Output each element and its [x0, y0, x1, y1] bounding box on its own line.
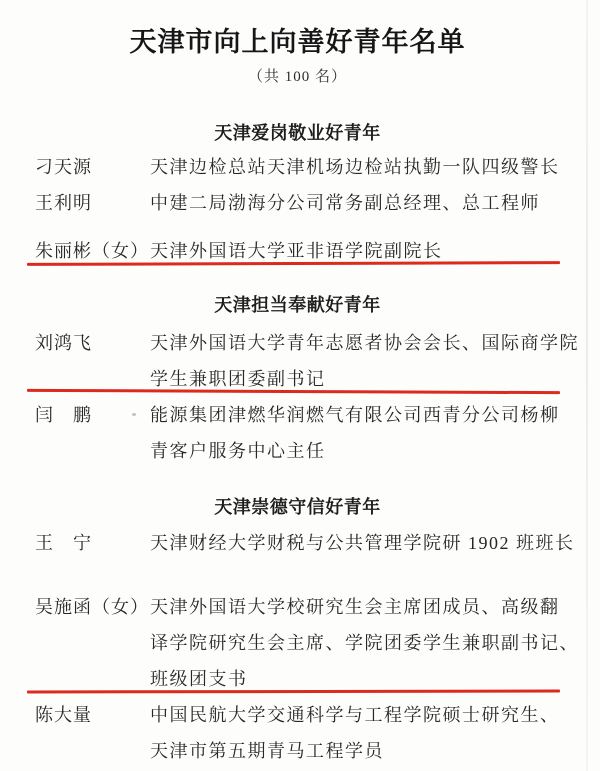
- entry-desc: 能源集团津燃华润燃气有限公司西青分公司杨柳 青客户服务中心主任: [150, 397, 560, 469]
- entry-name: 刘鸿飞: [35, 325, 150, 361]
- section-aigangjingye: 天津爱岗敬业好青年 刁天源 天津边检总站天津机场边检站执勤一队四级警长 王利明 …: [35, 123, 560, 269]
- entry-desc: 天津外国语大学青年志愿者协会会长、国际商学院 学生兼职团委副书记: [150, 325, 579, 397]
- section-chongdeshouxin: 天津崇德守信好青年 王 宁 天津财经大学财税与公共管理学院研 1902 班班长 …: [35, 497, 560, 769]
- entry-name: 王 宁: [35, 525, 150, 561]
- entry-desc: 天津外国语大学校研究生会主席团成员、高级翻 译学院研究生会主席、学院团委学生兼职…: [150, 589, 579, 697]
- section-entries: 刁天源 天津边检总站天津机场边检站执勤一队四级警长 王利明 中建二局渤海分公司常…: [35, 149, 560, 269]
- entry-desc-line: 中建二局渤海分公司常务副总经理、总工程师: [150, 185, 560, 221]
- entry-row: 刁天源 天津边检总站天津机场边检站执勤一队四级警长: [35, 149, 560, 185]
- entry-name: 吴施函（女）: [35, 589, 150, 625]
- entry-desc-line: 译学院研究生会主席、学院团委学生兼职副书记、: [150, 625, 579, 661]
- section-entries: 刘鸿飞 天津外国语大学青年志愿者协会会长、国际商学院 学生兼职团委副书记 闫 鹏…: [35, 325, 560, 469]
- document-page: 天津市向上向善好青年名单 （共 100 名） 天津爱岗敬业好青年 刁天源 天津边…: [0, 0, 600, 771]
- entry-row: 王 宁 天津财经大学财税与公共管理学院研 1902 班班长: [35, 525, 560, 561]
- entry-desc-line: 天津边检总站天津机场边检站执勤一队四级警长: [150, 149, 560, 185]
- section-dandangfengxian: 天津担当奉献好青年 刘鸿飞 天津外国语大学青年志愿者协会会长、国际商学院 学生兼…: [35, 295, 560, 469]
- section-entries: 王 宁 天津财经大学财税与公共管理学院研 1902 班班长 吴施函（女） 天津外…: [35, 525, 560, 769]
- entry-desc-line: 天津外国语大学校研究生会主席团成员、高级翻: [150, 589, 579, 625]
- entry-row: 闫 鹏 能源集团津燃华润燃气有限公司西青分公司杨柳 青客户服务中心主任: [35, 397, 560, 469]
- entry-row: 朱丽彬（女） 天津外国语大学亚非语学院副院长: [35, 233, 560, 269]
- entry-row: 刘鸿飞 天津外国语大学青年志愿者协会会长、国际商学院 学生兼职团委副书记: [35, 325, 560, 397]
- entry-desc-line: 天津财经大学财税与公共管理学院研 1902 班班长: [150, 525, 575, 561]
- entry-desc: 天津财经大学财税与公共管理学院研 1902 班班长: [150, 525, 575, 561]
- entry-row: 陈大量 中国民航大学交通科学与工程学院硕士研究生、 天津市第五期青马工程学员: [35, 697, 560, 769]
- scan-edge-artifact: [586, 0, 588, 771]
- entry-desc-line: 天津外国语大学青年志愿者协会会长、国际商学院: [150, 325, 579, 361]
- scan-speck-artifact: [132, 413, 136, 416]
- entry-row: 王利明 中建二局渤海分公司常务副总经理、总工程师: [35, 185, 560, 221]
- entry-name: 王利明: [35, 185, 150, 221]
- section-heading: 天津担当奉献好青年: [35, 295, 560, 315]
- entry-desc-line: 天津市第五期青马工程学员: [150, 733, 560, 769]
- entry-name: 陈大量: [35, 697, 150, 733]
- entry-desc: 中建二局渤海分公司常务副总经理、总工程师: [150, 185, 560, 221]
- entry-desc-line: 能源集团津燃华润燃气有限公司西青分公司杨柳: [150, 397, 560, 433]
- entry-desc: 中国民航大学交通科学与工程学院硕士研究生、 天津市第五期青马工程学员: [150, 697, 560, 769]
- section-heading: 天津崇德守信好青年: [35, 497, 560, 517]
- section-heading: 天津爱岗敬业好青年: [35, 123, 560, 143]
- doc-subtitle: （共 100 名）: [35, 67, 560, 87]
- entry-name: 刁天源: [35, 149, 150, 185]
- entry-desc-line: 中国民航大学交通科学与工程学院硕士研究生、: [150, 697, 560, 733]
- doc-title: 天津市向上向善好青年名单: [35, 26, 560, 58]
- entry-row: 吴施函（女） 天津外国语大学校研究生会主席团成员、高级翻 译学院研究生会主席、学…: [35, 589, 560, 697]
- entry-desc-line: 青客户服务中心主任: [150, 433, 560, 469]
- entry-desc: 天津边检总站天津机场边检站执勤一队四级警长: [150, 149, 560, 185]
